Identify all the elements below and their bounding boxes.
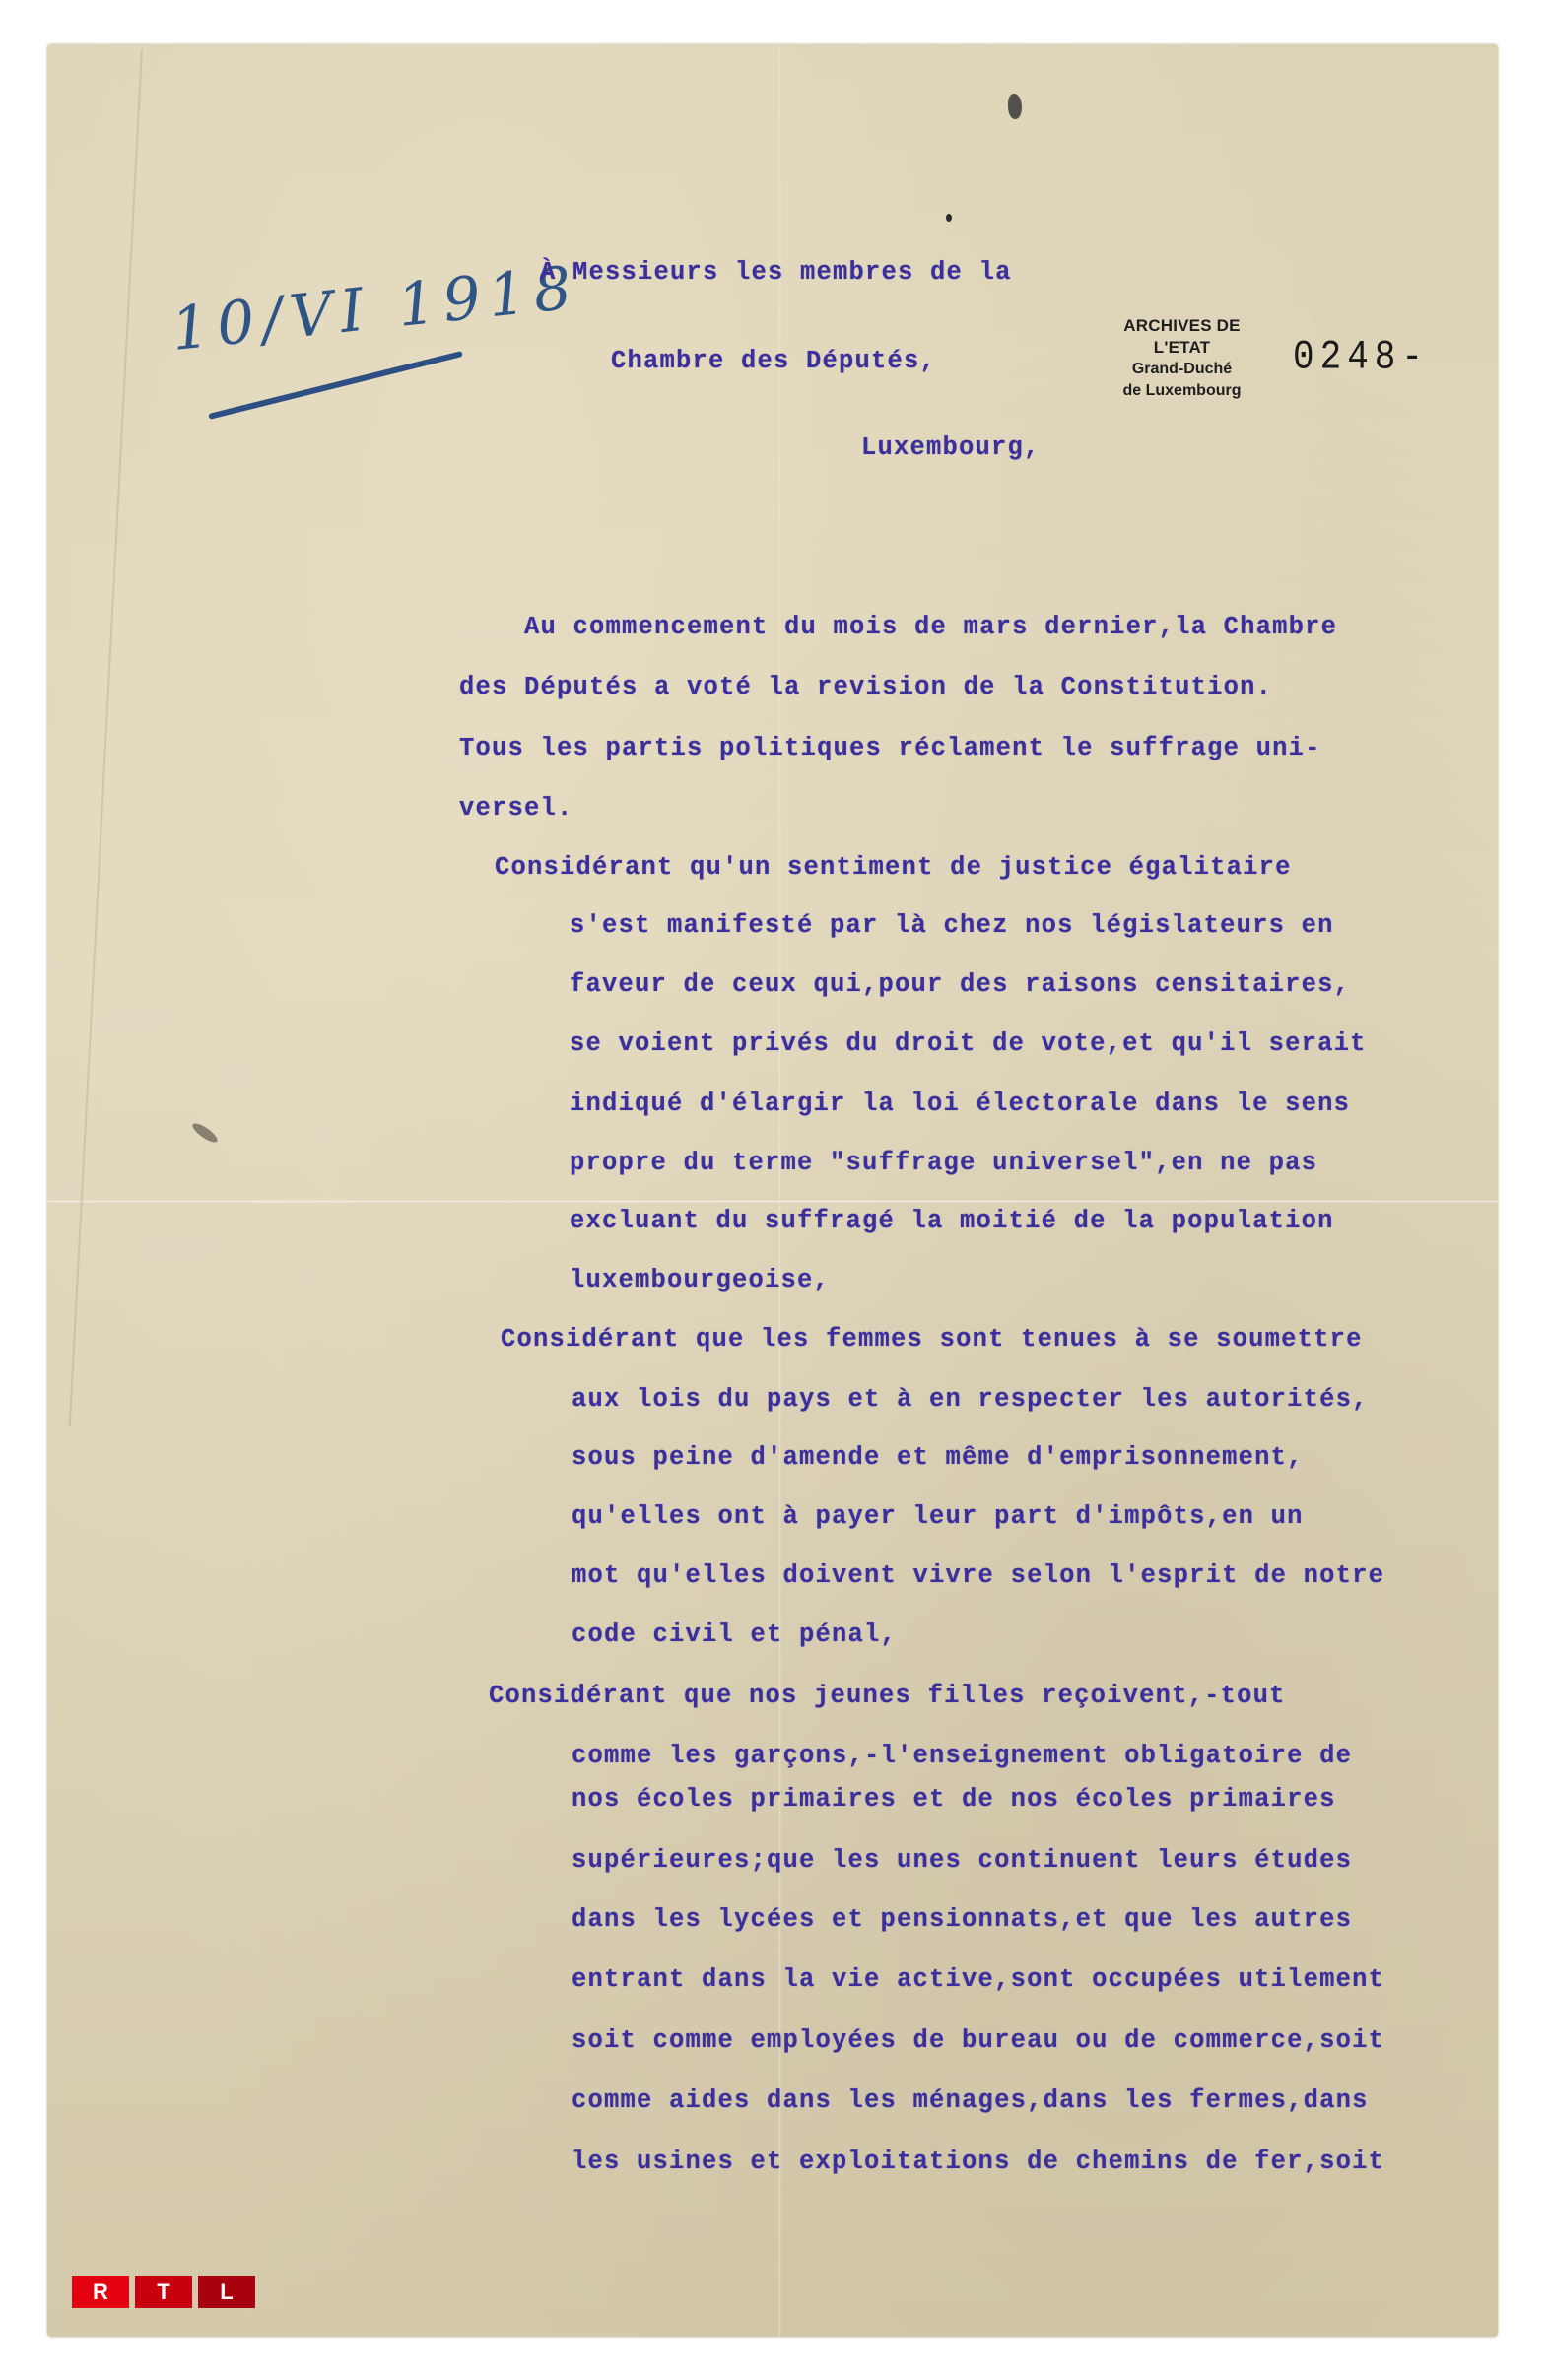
- stamp-line-1: ARCHIVES DE L'ETAT: [1096, 315, 1268, 359]
- addressee-line-1: À Messieurs les membres de la: [540, 258, 1012, 287]
- considerant-1-line: Considérant qu'un sentiment de justice é…: [495, 853, 1292, 882]
- considerant-3-line: dans les lycées et pensionnats,et que le…: [572, 1905, 1352, 1934]
- body-line: versel.: [459, 794, 573, 823]
- considerant-2-line: aux lois du pays et à en respecter les a…: [572, 1385, 1369, 1414]
- rtl-logo-t: T: [135, 2276, 192, 2308]
- considerant-3-line: nos écoles primaires et de nos écoles pr…: [572, 1785, 1336, 1814]
- considerant-1-line: indiqué d'élargir la loi électorale dans…: [570, 1090, 1350, 1118]
- considerant-1-line: s'est manifesté par là chez nos législat…: [570, 911, 1334, 940]
- smudge-mark: [190, 1120, 220, 1145]
- considerant-2-line: Considérant que les femmes sont tenues à…: [501, 1325, 1363, 1354]
- archive-stamp: ARCHIVES DE L'ETAT Grand-Duché de Luxemb…: [1096, 315, 1268, 402]
- considerant-1-line: propre du terme "suffrage universel",en …: [570, 1149, 1317, 1177]
- body-line: des Députés a voté la revision de la Con…: [459, 673, 1272, 701]
- considerant-1-line: faveur de ceux qui,pour des raisons cens…: [570, 970, 1350, 999]
- rtl-logo-l: L: [198, 2276, 255, 2308]
- rtl-logo: R T L: [72, 2276, 255, 2308]
- stamp-line-2: Grand-Duché: [1096, 359, 1268, 380]
- ink-blot-mark: [1008, 94, 1022, 119]
- considerant-1-line: luxembourgeoise,: [570, 1266, 830, 1294]
- considerant-2-line: sous peine d'amende et même d'emprisonne…: [572, 1443, 1304, 1472]
- considerant-3-line: supérieures;que les unes continuent leur…: [572, 1846, 1352, 1875]
- considerant-3-line: comme aides dans les ménages,dans les fe…: [572, 2086, 1369, 2115]
- archive-number: 0248-: [1293, 334, 1429, 380]
- addressee-line-3: Luxembourg,: [861, 433, 1041, 462]
- addressee-line-2: Chambre des Députés,: [611, 347, 936, 375]
- rtl-logo-r: R: [72, 2276, 129, 2308]
- body-line: Au commencement du mois de mars dernier,…: [524, 613, 1337, 641]
- ink-dot-mark: [946, 214, 952, 222]
- considerant-3-line: entrant dans la vie active,sont occupées…: [572, 1965, 1384, 1994]
- considerant-3-line: comme les garçons,-l'enseignement obliga…: [572, 1742, 1352, 1770]
- paper-crease: [69, 49, 143, 1426]
- considerant-2-line: qu'elles ont à payer leur part d'impôts,…: [572, 1502, 1304, 1531]
- considerant-2-line: mot qu'elles doivent vivre selon l'espri…: [572, 1561, 1384, 1590]
- considerant-1-line: excluant du suffragé la moitié de la pop…: [570, 1207, 1334, 1235]
- horizontal-fold-line: [47, 1200, 1498, 1203]
- considerant-2-line: code civil et pénal,: [572, 1620, 897, 1649]
- considerant-3-line: les usines et exploitations de chemins d…: [572, 2148, 1384, 2176]
- considerant-3-line: soit comme employées de bureau ou de com…: [572, 2026, 1384, 2055]
- considerant-3-line: Considérant que nos jeunes filles reçoiv…: [489, 1682, 1286, 1710]
- body-line: Tous les partis politiques réclament le …: [459, 734, 1321, 762]
- stamp-line-3: de Luxembourg: [1096, 380, 1268, 402]
- considerant-1-line: se voient privés du droit de vote,et qu'…: [570, 1029, 1367, 1058]
